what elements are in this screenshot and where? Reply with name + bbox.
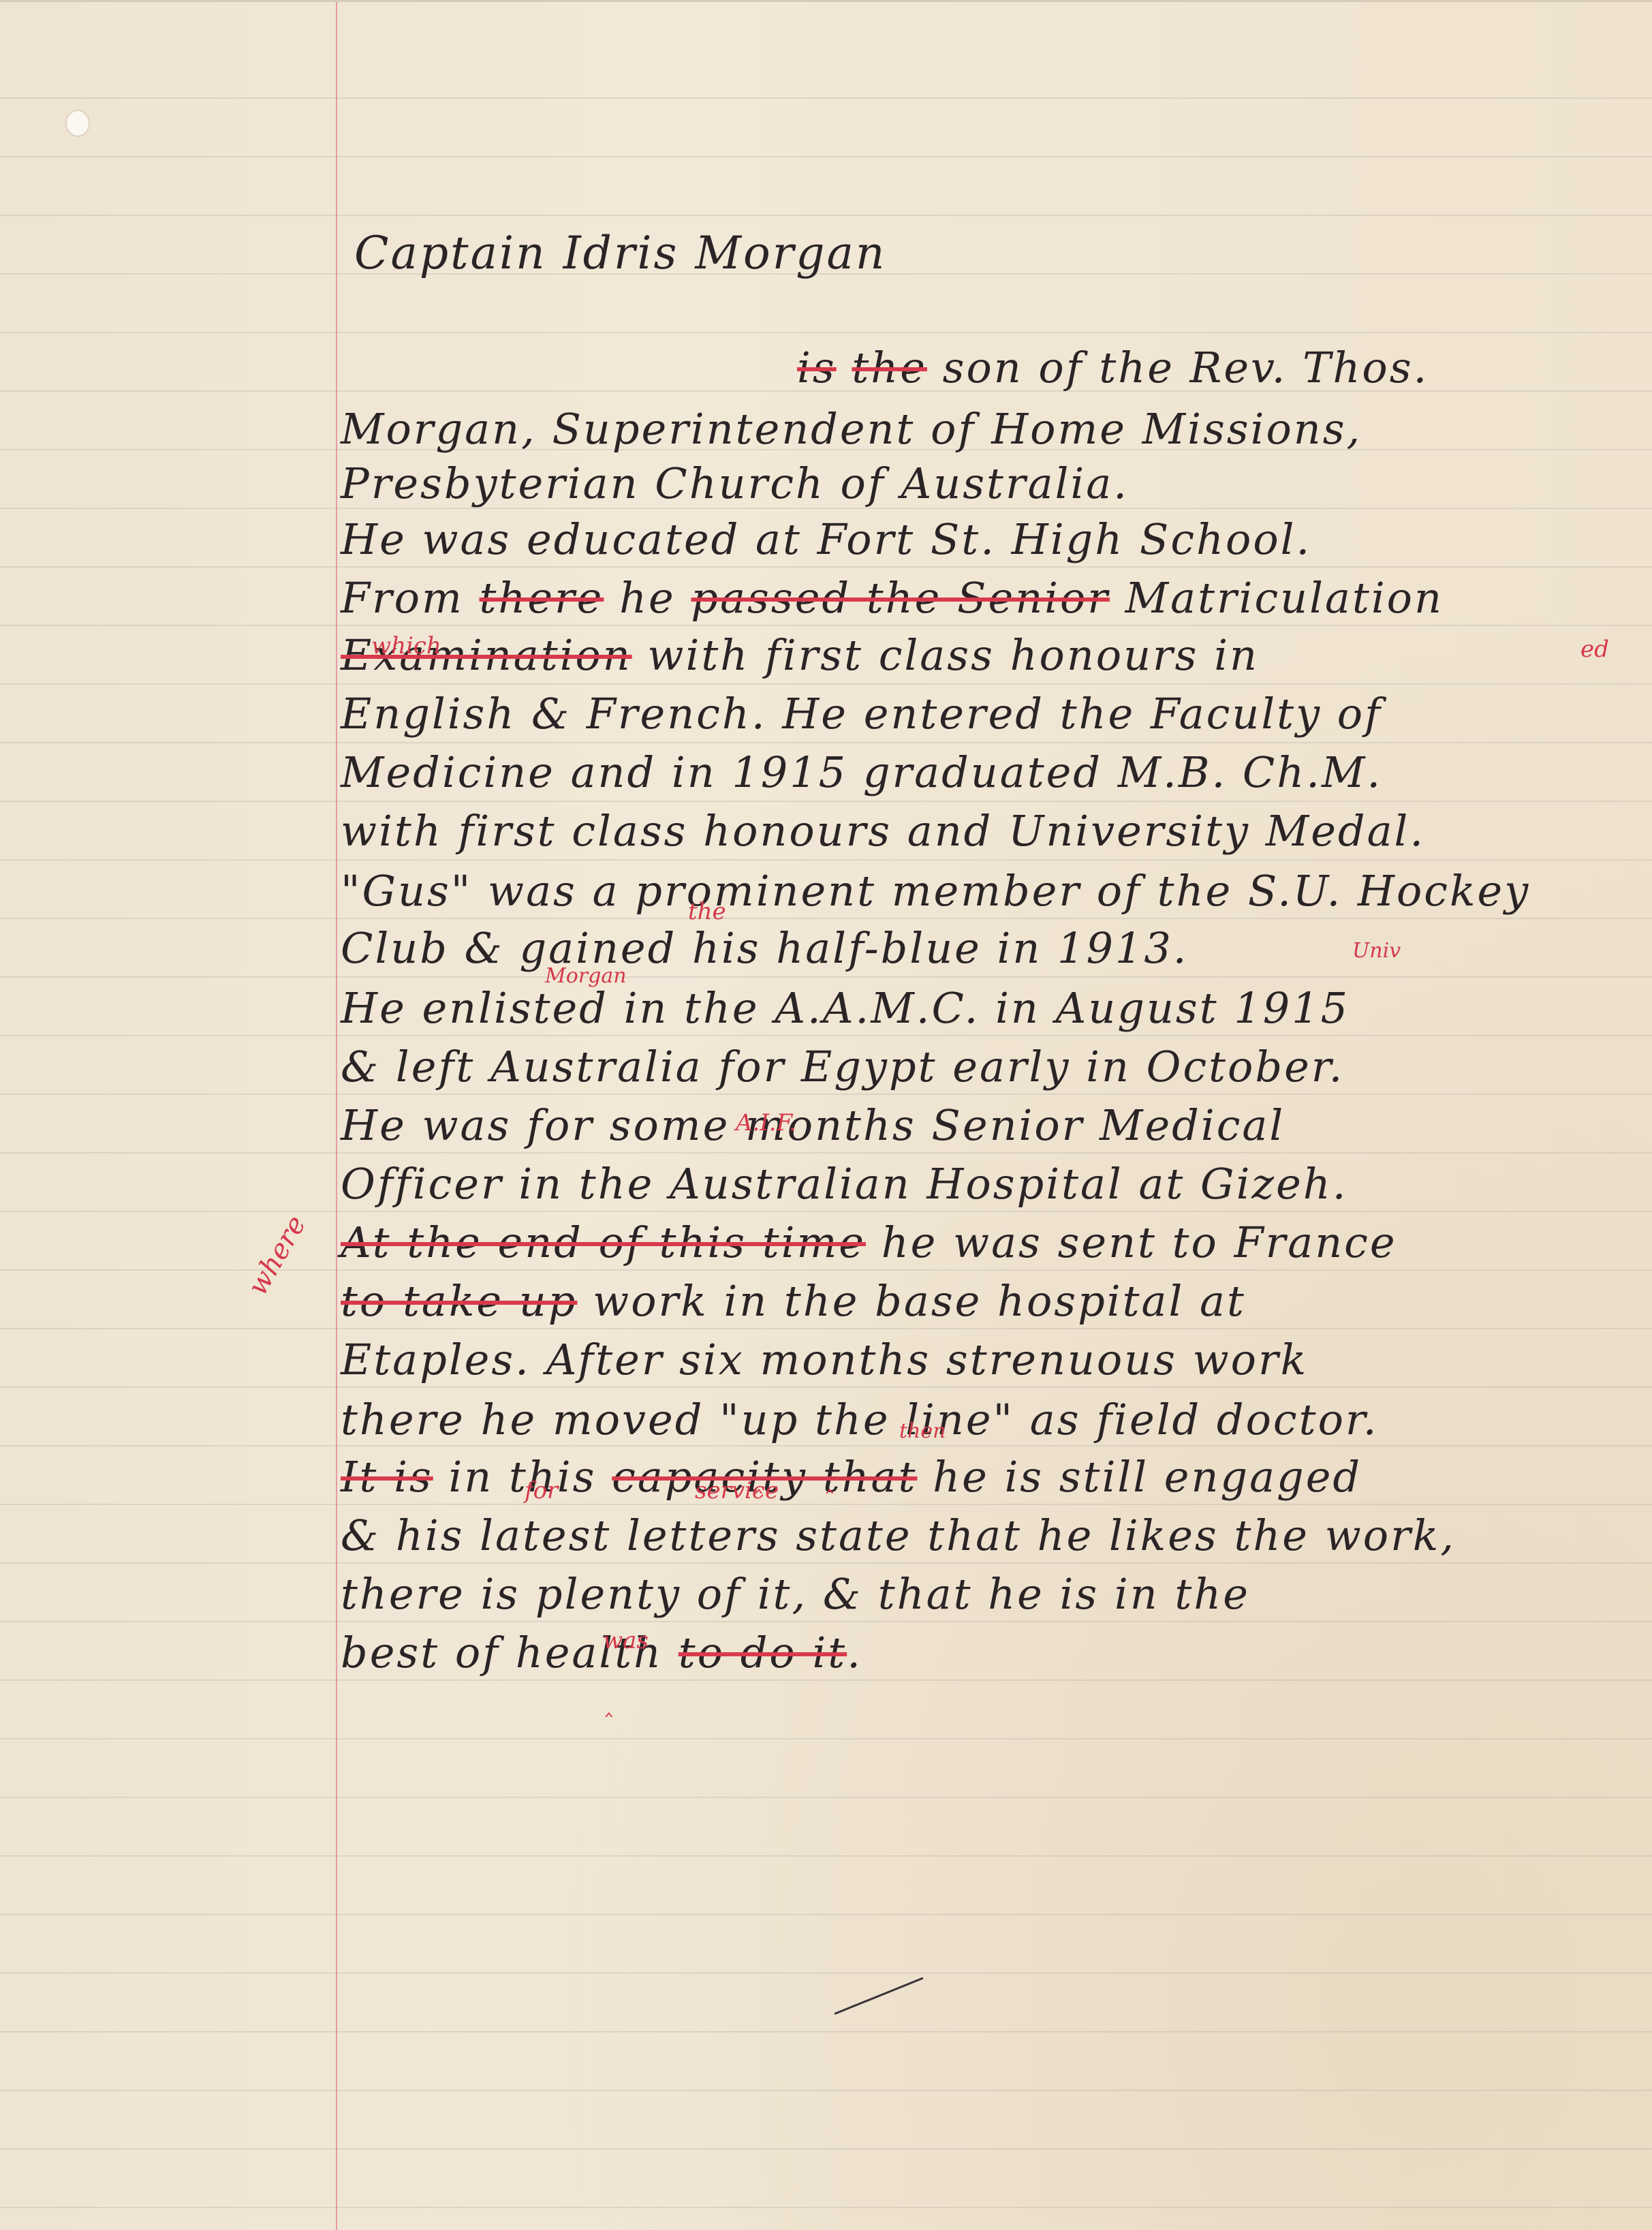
ruled-line — [0, 1328, 1652, 1329]
insertion-service: service — [695, 1477, 779, 1504]
ruled-line — [0, 1621, 1652, 1622]
manuscript-line: He was educated at Fort St. High School. — [341, 514, 1311, 564]
text-segment: work — [593, 1276, 708, 1326]
struck-text: to do it — [679, 1628, 847, 1677]
manuscript-line: "Gus" was a prominent member of the S.U.… — [341, 866, 1530, 916]
ruled-line — [0, 1211, 1652, 1212]
ruled-line — [0, 332, 1652, 333]
ruled-line — [0, 683, 1652, 685]
text-segment: He was educated at Fort St. High School. — [341, 514, 1311, 564]
manuscript-line: English & French. He entered the Faculty… — [341, 689, 1382, 739]
text-segment — [577, 1276, 593, 1326]
ruled-line — [0, 97, 1652, 99]
manuscript-line: Presbyterian Church of Australia. — [341, 459, 1129, 508]
ruled-line — [0, 1387, 1652, 1388]
insertion-which: which — [371, 632, 441, 660]
caret-mark: ‸ — [605, 1690, 613, 1718]
insertion-for: for — [525, 1477, 558, 1504]
insertion-morgan: Morgan — [545, 964, 627, 988]
ruled-line — [0, 1797, 1652, 1798]
struck-text: to take up — [341, 1276, 577, 1326]
ruled-line — [0, 1035, 1652, 1036]
text-segment: Club & gained his half-blue in 1913. — [341, 923, 1189, 973]
manuscript-line: to take up work in the base hospital at — [341, 1276, 1246, 1326]
manuscript-line: best of health to do it. — [341, 1628, 862, 1677]
ruled-line — [0, 1562, 1652, 1564]
text-segment: there is plenty of it, & that he is in t… — [341, 1569, 1250, 1619]
text-segment: Etaples. After six months strenuous work — [341, 1335, 1308, 1384]
manuscript-line: Club & gained his half-blue in 1913. — [341, 923, 1189, 973]
manuscript-line: there he moved "up the line" as field do… — [341, 1395, 1378, 1444]
caret-mark: ‸ — [755, 1467, 763, 1494]
caret-mark: ‸ — [826, 1467, 834, 1494]
ruled-line — [0, 1094, 1652, 1095]
text-segment: He enlisted in the A.A.M.C. in August 19… — [341, 983, 1350, 1033]
insertion-ed: ed — [1580, 636, 1609, 663]
text-segment: Morgan, Superintendent of Home Missions, — [341, 404, 1362, 454]
ruled-line — [0, 215, 1652, 216]
text-segment: Officer in the Australian Hospital at Gi… — [341, 1159, 1347, 1209]
struck-text: is — [797, 343, 837, 392]
insertion-was: was — [603, 1627, 649, 1654]
insertion-the: the — [688, 898, 726, 925]
ruled-line — [0, 859, 1652, 861]
ruled-line — [0, 566, 1652, 568]
ruled-line — [0, 1738, 1652, 1739]
text-segment: Matriculation — [1110, 573, 1444, 623]
text-segment: . — [847, 1628, 862, 1677]
text-segment: there he moved "up the line" as field do… — [341, 1395, 1378, 1444]
text-segment: Medicine and in 1915 graduated M.B. Ch.M… — [341, 747, 1382, 797]
insertion-aif: A.I.F. — [736, 1109, 796, 1136]
ruled-line — [0, 2090, 1652, 2091]
text-segment: English & French. He entered the Faculty… — [341, 689, 1382, 739]
document-title: Captain Idris Morgan — [354, 227, 886, 279]
text-segment: He was for some months Senior Medical — [341, 1100, 1285, 1150]
text-segment: & his latest letters state that he likes… — [341, 1511, 1456, 1560]
text-segment: son of the Rev. Thos. — [927, 343, 1429, 392]
manuscript-page: Captain Idris Morgan is the son of the R… — [0, 0, 1652, 2230]
text-segment: he — [604, 573, 691, 623]
manuscript-line: He was for some months Senior Medical — [341, 1100, 1285, 1150]
ruled-line — [0, 1152, 1652, 1153]
text-segment: in this — [433, 1452, 612, 1502]
red-margin-line — [336, 2, 337, 2230]
manuscript-line: is the son of the Rev. Thos. — [797, 343, 1429, 392]
manuscript-line: & left Australia for Egypt early in Octo… — [341, 1042, 1344, 1091]
ruled-line — [0, 1855, 1652, 1857]
manuscript-line: there is plenty of it, & that he is in t… — [341, 1569, 1250, 1619]
text-segment: with first class honours in — [632, 630, 1259, 680]
manuscript-line: Medicine and in 1915 graduated M.B. Ch.M… — [341, 747, 1382, 797]
struck-text: It is — [341, 1452, 433, 1502]
text-segment: Presbyterian Church of Australia. — [341, 459, 1129, 508]
ruled-line — [0, 156, 1652, 157]
ruled-line — [0, 1972, 1652, 1974]
text-segment: & left Australia for Egypt early in Octo… — [341, 1042, 1344, 1091]
ruled-line — [0, 2031, 1652, 2032]
insertion-univ: Univ — [1352, 939, 1401, 963]
insertion-then: then — [899, 1419, 946, 1443]
ruled-line — [0, 2207, 1652, 2208]
text-segment: "Gus" was a prominent member of the S.U.… — [341, 866, 1530, 916]
text-segment: From — [341, 573, 479, 623]
manuscript-line: Officer in the Australian Hospital at Gi… — [341, 1159, 1347, 1209]
ruled-line — [0, 1445, 1652, 1446]
struck-text: At the end of this time — [341, 1218, 866, 1267]
text-segment: with first class honours and University … — [341, 806, 1425, 856]
ruled-line — [0, 918, 1652, 919]
ruled-line — [0, 1504, 1652, 1505]
manuscript-line: He enlisted in the A.A.M.C. in August 19… — [341, 983, 1350, 1033]
pencil-tick-mark — [835, 1977, 924, 2015]
punch-hole — [67, 111, 89, 136]
text-segment: he is still engaged — [917, 1452, 1362, 1502]
text-segment — [837, 343, 852, 392]
manuscript-line: From there he passed the Senior Matricul… — [341, 573, 1444, 623]
manuscript-line: Morgan, Superintendent of Home Missions, — [341, 404, 1362, 454]
ruled-line — [0, 742, 1652, 743]
manuscript-line: with first class honours and University … — [341, 806, 1425, 856]
margin-note-where: where — [242, 1210, 312, 1301]
manuscript-line: Examination with first class honours in — [341, 630, 1259, 680]
struck-text: the — [852, 343, 927, 392]
text-segment: in the base hospital at — [708, 1276, 1246, 1326]
ruled-line — [0, 1679, 1652, 1681]
manuscript-line: It is in this capacity that he is still … — [341, 1452, 1362, 1502]
ruled-line — [0, 801, 1652, 802]
struck-text: there — [479, 573, 604, 623]
ruled-line — [0, 1914, 1652, 1915]
ruled-line — [0, 1269, 1652, 1271]
ruled-line — [0, 2148, 1652, 2150]
manuscript-line: Etaples. After six months strenuous work — [341, 1335, 1308, 1384]
manuscript-line: & his latest letters state that he likes… — [341, 1511, 1456, 1560]
struck-text: passed the Senior — [691, 573, 1110, 623]
manuscript-line: At the end of this time he was sent to F… — [341, 1218, 1397, 1267]
ruled-line — [0, 625, 1652, 626]
text-segment: he was sent to France — [866, 1218, 1397, 1267]
ruled-line — [0, 976, 1652, 978]
